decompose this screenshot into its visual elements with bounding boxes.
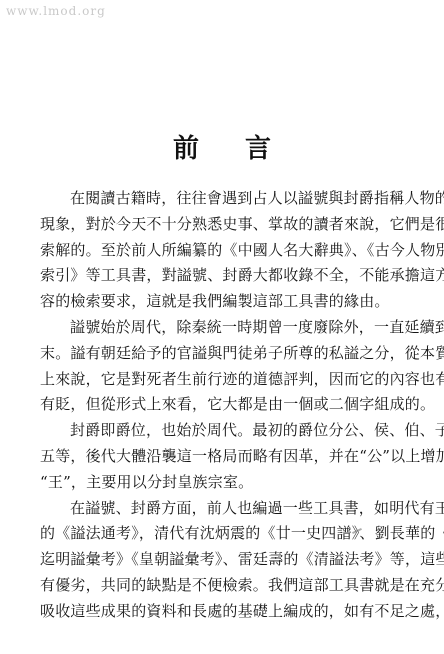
text-line: 上來說，它是對死者生前行迹的道德評判，因而它的內容也有褒 [40,367,422,393]
text-line: 容的檢索要求，這就是我們編製這部工具書的緣由。 [40,289,422,315]
text-line: 現象，對於今天不十分熟悉史事、掌故的讀者來說，它們是很難 [40,212,422,238]
page-title: 前言 [0,128,444,165]
watermark-text: www.lmod.org [6,4,106,18]
text-line: 在謚號、封爵方面，前人也編過一些工具書，如明代有王圻 [40,496,422,522]
text-line: 有優劣，共同的缺點是不便檢索。我們這部工具書就是在充分 [40,573,422,599]
text-line: 索引》等工具書，對謚號、封爵大都收錄不全，不能承擔這方面內 [40,263,422,289]
text-line: 的《謚法通考》，清代有沈炳震的《廿一史四譜》、劉長華的《漢晉 [40,521,422,547]
text-line: 封爵即爵位，也始於周代。最初的爵位分公、侯、伯、子、男 [40,418,422,444]
text-line: 索解的。至於前人所編纂的《中國人名大辭典》、《古今人物別號 [40,238,422,264]
text-line: 謚號始於周代，除秦統一時期曾一度廢除外，一直延續到清 [40,315,422,341]
text-line: 末。謚有朝廷給予的官謚與門徒弟子所尊的私謚之分，從本質 [40,341,422,367]
text-line: 有貶，但從形式上來看，它大都是由一個或二個字組成的。 [40,392,422,418]
text-line: 吸收這些成果的資料和長處的基礎上編成的，如有不足之處，熱 [40,599,422,625]
text-line: 在閱讀古籍時，往往會遇到占人以謚號與封爵指稱人物的 [40,186,422,212]
text-line: 迄明謚彙考》《皇朝謚彙考》、雷廷壽的《清謚法考》等，這些書各 [40,547,422,573]
title-char-1: 前 [173,128,199,165]
preface-body: 在閱讀古籍時，往往會遇到占人以謚號與封爵指稱人物的現象，對於今天不十分熟悉史事、… [40,186,422,625]
title-char-2: 言 [245,128,271,165]
text-line: “王”，主要用以分封皇族宗室。 [40,470,422,496]
text-line: 五等，後代大體沿襲這一格局而略有因革，并在“公”以上增加了 [40,444,422,470]
